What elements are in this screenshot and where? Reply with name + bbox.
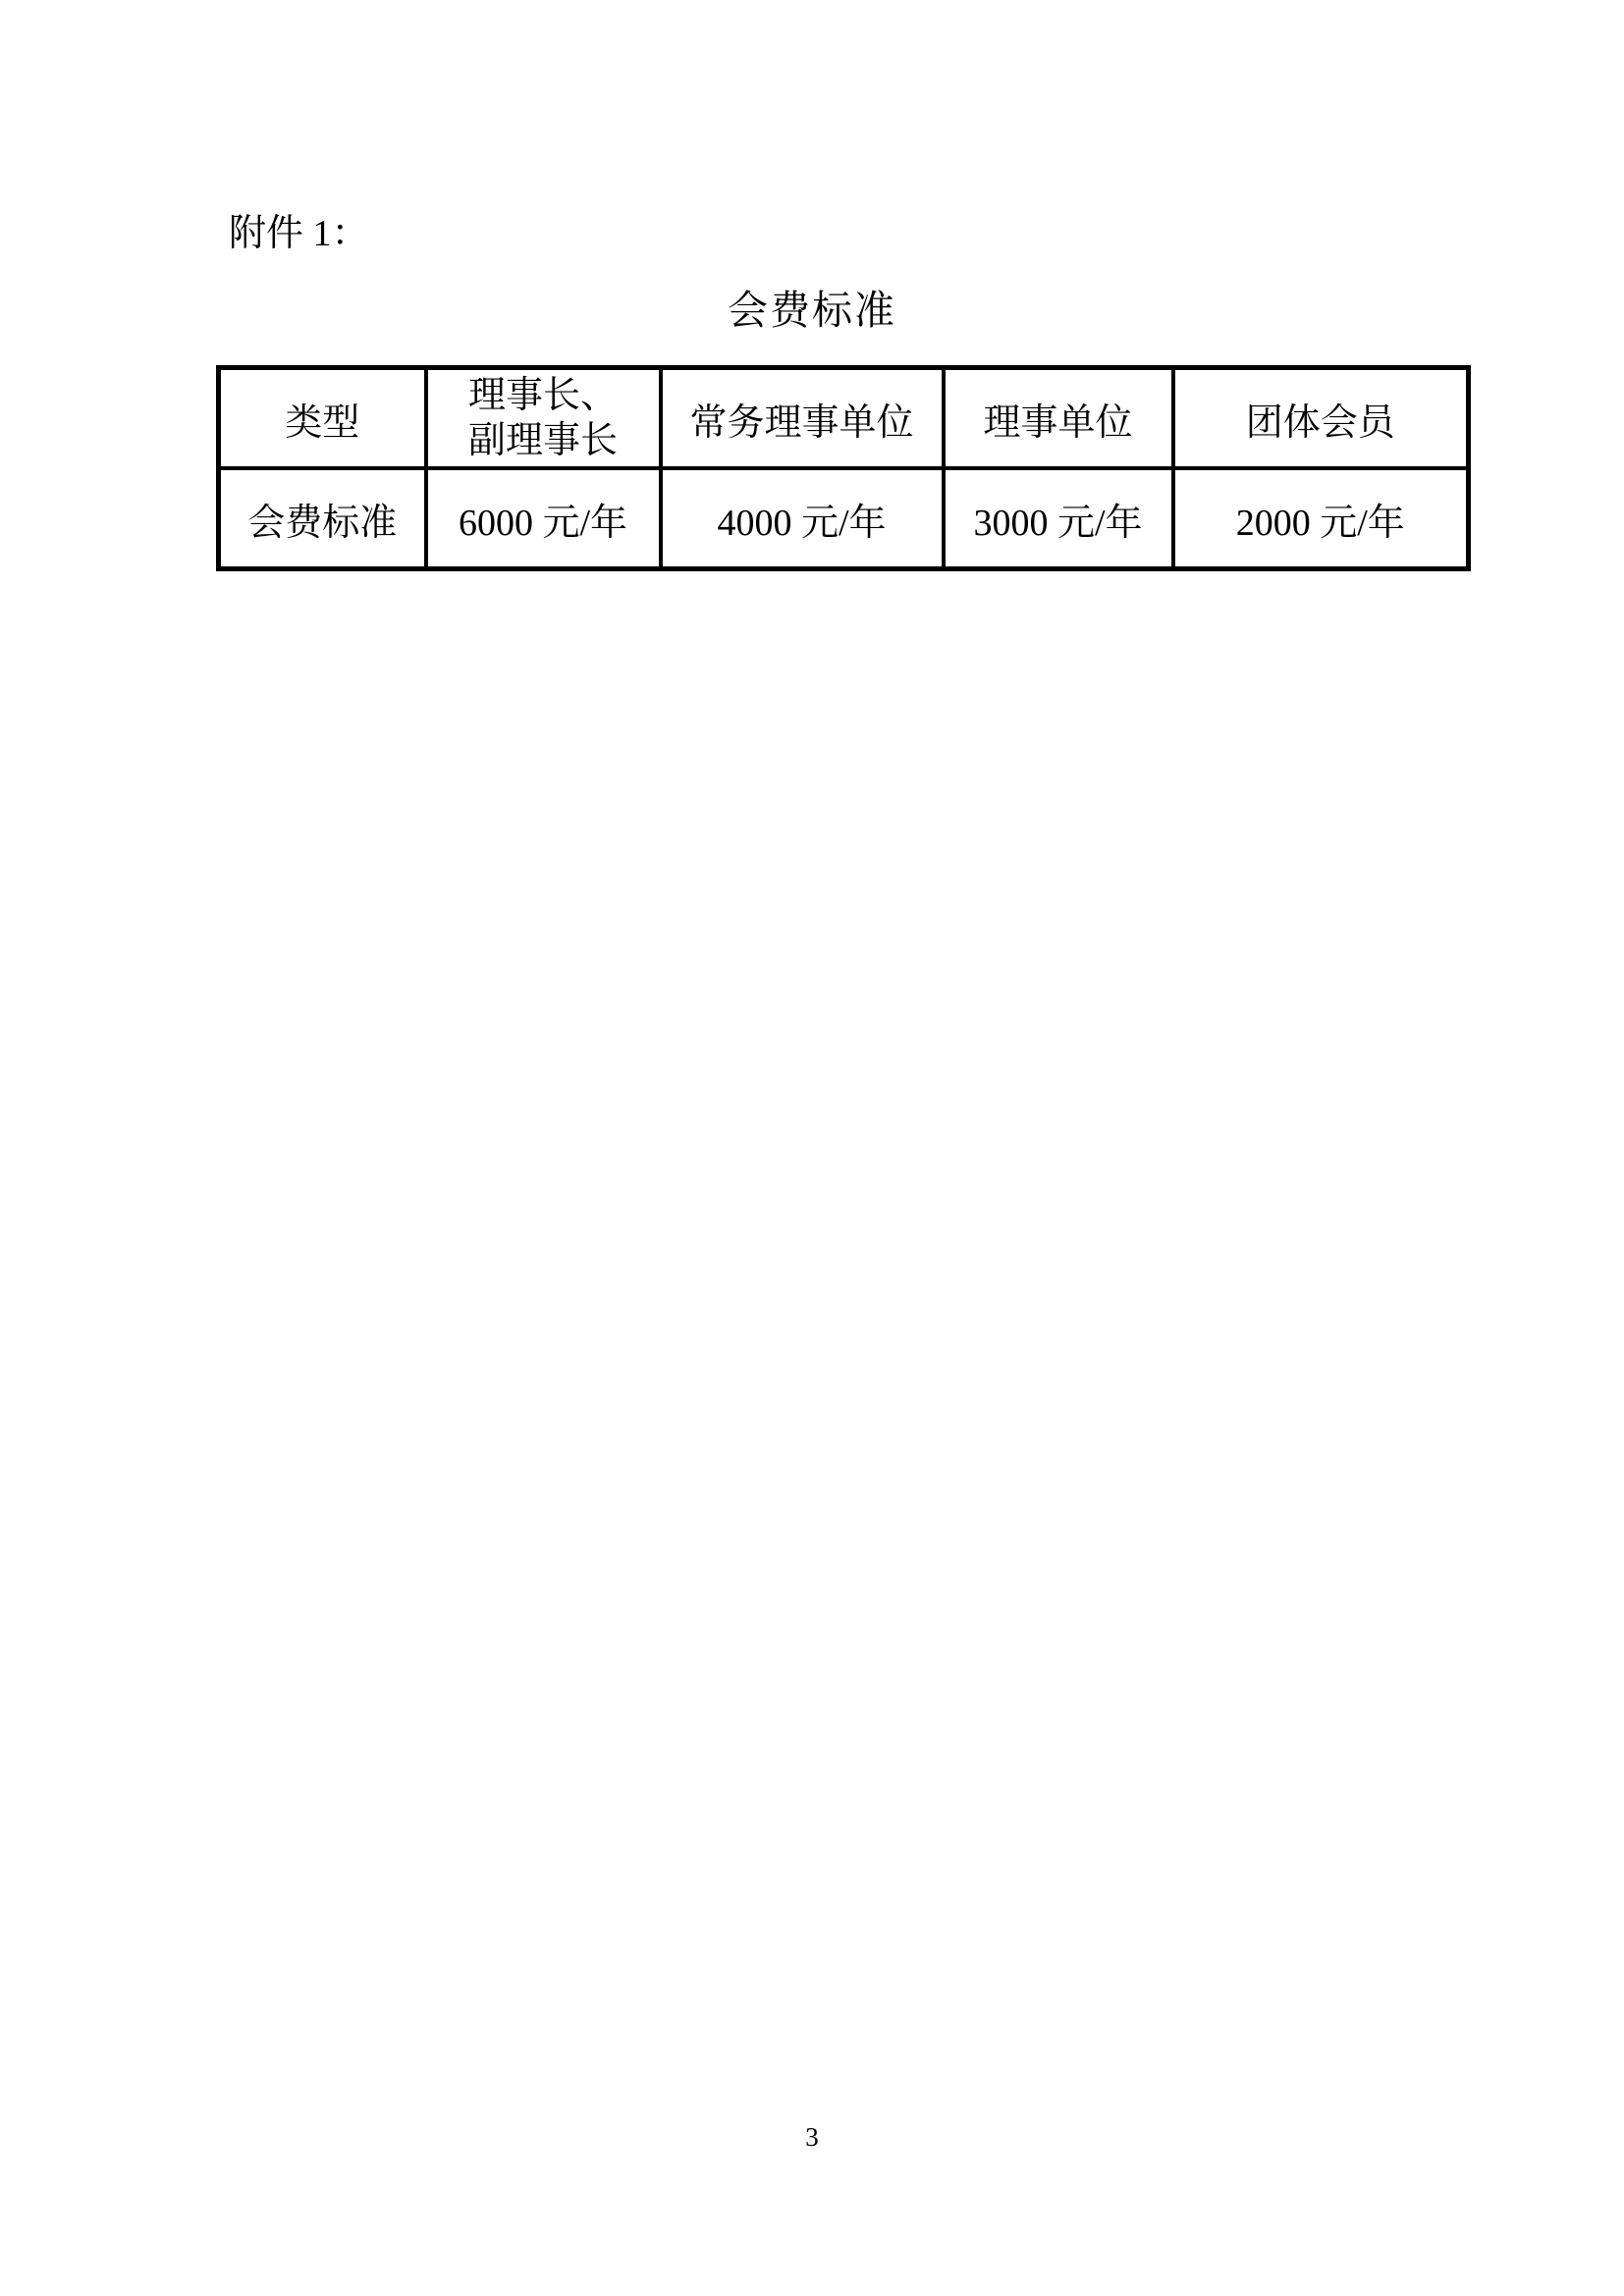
col-header-standing-director-unit: 常务理事单位 (661, 368, 944, 469)
col-header-chairman-vice-chairman: 理事长、 副理事长 (426, 368, 661, 469)
col-header-group-member: 团体会员 (1173, 368, 1469, 469)
col-header-director-unit: 理事单位 (944, 368, 1173, 469)
fee-chairman-vice-chairman: 6000 元/年 (426, 468, 661, 569)
fee-group-member: 2000 元/年 (1173, 468, 1469, 569)
fee-table-data-row: 会费标准 6000 元/年 4000 元/年 3000 元/年 2000 元/年 (219, 468, 1469, 569)
document-title: 会费标准 (0, 289, 1624, 333)
fee-table: 类型 理事长、 副理事长 常务理事单位 理事单位 团体会员 会费标准 6000 … (216, 365, 1471, 571)
fee-row-label: 会费标准 (219, 468, 426, 569)
col-header-type: 类型 (219, 368, 426, 469)
fee-standing-director-unit: 4000 元/年 (661, 468, 944, 569)
page-number: 3 (0, 2122, 1624, 2153)
attachment-label: 附件 1： (229, 214, 369, 255)
fee-table-header-row: 类型 理事长、 副理事长 常务理事单位 理事单位 团体会员 (219, 368, 1469, 469)
fee-director-unit: 3000 元/年 (944, 468, 1173, 569)
